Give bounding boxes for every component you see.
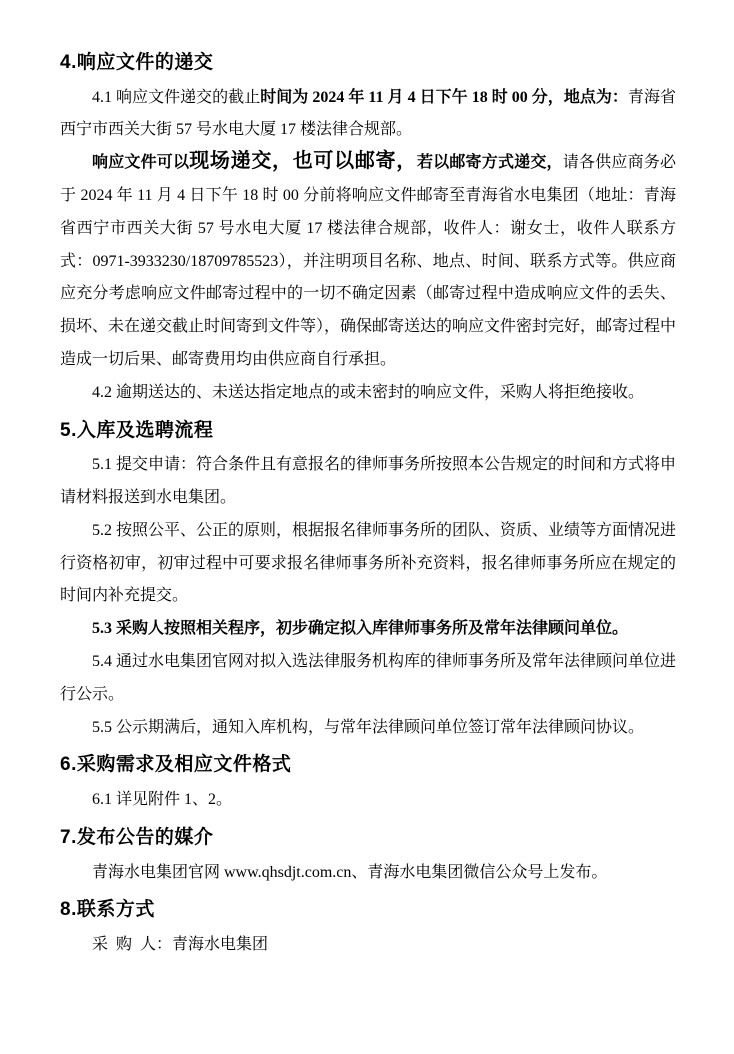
para-5-2-review: 5.2 按照公平、公正的原则，根据报名律师事务所的团队、资质、业绩等方面情况进行… [60,515,676,613]
section-6-heading: 6.采购需求及相应文件格式 [60,752,676,778]
para-5-5-agreement: 5.5 公示期满后，通知入库机构，与常年法律顾问单位签订常年法律顾问协议。 [60,712,676,745]
para-4-2-rejection: 4.2 逾期送达的、未送达指定地点的或未密封的响应文件，采购人将拒绝接收。 [60,377,676,410]
para-5-3-confirmation: 5.3 采购人按照相关程序，初步确定拟入库律师事务所及常年法律顾问单位。 [60,613,676,646]
para-mailing-instructions: 响应文件可以现场递交，也可以邮寄，若以邮寄方式递交，请各供应商务必于 2024 … [60,147,676,377]
section-7-heading: 7.发布公告的媒介 [60,825,676,851]
text-run: 5.4 通过水电集团官网对拟入选法律服务机构库的律师事务所及常年法律顾问单位进行… [60,653,676,703]
document-page: 4.响应文件的递交4.1 响应文件递交的截止时间为 2024 年 11 月 4 … [0,0,734,1054]
text-run: 5.2 按照公平、公正的原则，根据报名律师事务所的团队、资质、业绩等方面情况进行… [60,522,676,605]
text-run: 采 购 人：青海水电集团 [92,936,268,953]
document-content: 4.响应文件的递交4.1 响应文件递交的截止时间为 2024 年 11 月 4 … [60,50,676,962]
text-run: 现场递交，也可以邮寄， [189,150,417,172]
para-6-1-attachments: 6.1 详见附件 1、2。 [60,784,676,817]
para-5-1-application: 5.1 提交申请：符合条件且有意报名的律师事务所按照本公告规定的时间和方式将申请… [60,449,676,515]
para-5-4-publicity: 5.4 通过水电集团官网对拟入选法律服务机构库的律师事务所及常年法律顾问单位进行… [60,646,676,712]
para-8-purchaser: 采 购 人：青海水电集团 [60,929,676,962]
para-4-1-deadline: 4.1 响应文件递交的截止时间为 2024 年 11 月 4 日下午 18 时 … [60,82,676,148]
text-run: 若以邮寄方式递交， [417,154,563,171]
section-4-heading: 4.响应文件的递交 [60,50,676,76]
text-run: 6.1 详见附件 1、2。 [92,791,232,808]
text-run: 青海水电集团官网 www.qhsdjt.com.cn、青海水电集团微信公众号上发… [92,864,607,881]
text-run: 4.1 响应文件递交的截止 [92,89,260,106]
text-run: 请各供应商务必于 2024 年 11 月 4 日下午 18 时 00 分前将响应… [60,154,676,368]
text-run: 5.3 采购人按照相关程序，初步确定拟入库律师事务所及常年法律顾问单位。 [92,620,628,637]
text-run: 响应文件可以 [92,154,189,171]
text-run: 5.1 提交申请：符合条件且有意报名的律师事务所按照本公告规定的时间和方式将申请… [60,456,676,506]
section-8-heading: 8.联系方式 [60,897,676,923]
text-run: 4.2 逾期送达的、未送达指定地点的或未密封的响应文件，采购人将拒绝接收。 [92,384,644,401]
text-run: 时间为 2024 年 11 月 4 日下午 18 时 00 分，地点为： [260,89,628,106]
text-run: 5.5 公示期满后，通知入库机构，与常年法律顾问单位签订常年法律顾问协议。 [92,719,644,736]
para-7-media: 青海水电集团官网 www.qhsdjt.com.cn、青海水电集团微信公众号上发… [60,857,676,890]
section-5-heading: 5.入库及选聘流程 [60,418,676,444]
